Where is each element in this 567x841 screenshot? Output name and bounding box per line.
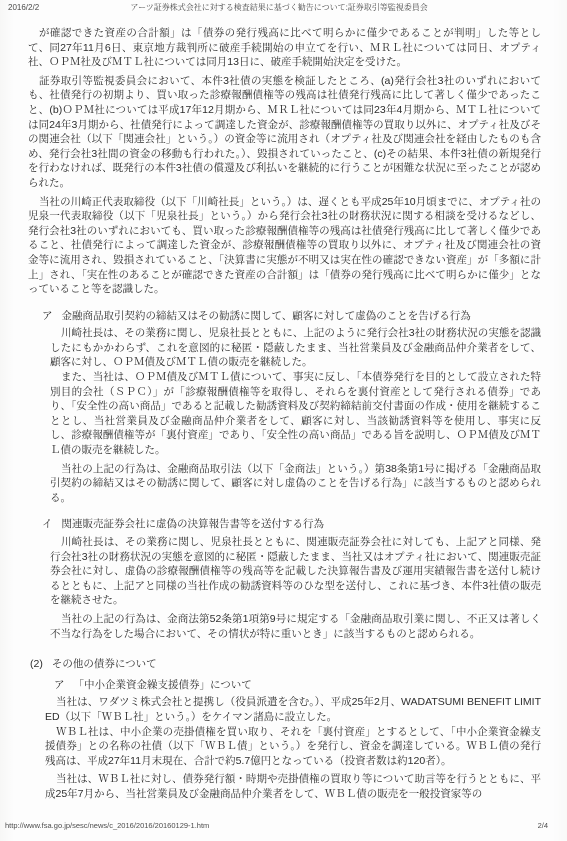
scanned-document-page: 2016/2/2 アーツ証券株式会社に対する検査結果に基づく勧告について:証券取… [0, 0, 567, 841]
section-title: その他の債券について [52, 658, 157, 670]
paragraph-a2: また、当社は、ＯＰＭ債及びＭＴＬ債について、事実に反し、「本債券発行を目的として… [50, 370, 541, 458]
paragraph-i1: 川崎社長は、その業務に関し、児泉社長とともに、関連販売証券会社に対しても、上記ア… [50, 535, 541, 608]
paragraph-a3: 当社の上記の行為は、金融商品取引法（以下「金商法」という。）第38条第1号に掲げ… [50, 462, 541, 506]
paragraph-2a3: 当社は、ＷＢＬ社に対し、債券発行額・時期や売掛債権の買取り等について助言等を行う… [45, 772, 541, 801]
paragraph-2a1: 当社は、ワダツミ株式会社と提携し（役員派遣を含む。）、平成25年2月、WADAT… [45, 695, 541, 724]
section-label: (2) [30, 658, 43, 670]
print-date: 2016/2/2 [8, 3, 39, 13]
paragraph-a1: 川崎社長は、その業務に関し、児泉社長とともに、上記のように発行会社3社の財務状況… [50, 326, 541, 370]
print-header: 2016/2/2 アーツ証券株式会社に対する検査結果に基づく勧告について:証券取… [8, 3, 559, 13]
section-heading-2a: ア「中小企業資金繰支援債券」について [54, 678, 541, 693]
page-title: アーツ証券株式会社に対する検査結果に基づく勧告について:証券取引等監視委員会 [39, 3, 519, 13]
section-title: 関連販売証券会社に虚偽の決算報告書等を送付する行為 [62, 518, 325, 530]
section-label: ア [42, 310, 53, 322]
section-title: 金融商品取引契約の締結又はその勧誘に関して、顧客に対して虚偽のことを告げる行為 [62, 310, 471, 322]
section-heading-i: イ関連販売証券会社に虚偽の決算報告書等を送付する行為 [42, 517, 541, 532]
print-footer: http://www.fsa.go.jp/sesc/news/c_2016/20… [5, 821, 548, 830]
section-label: ア [54, 679, 65, 691]
section-heading-a: ア金融商品取引契約の締結又はその勧誘に関して、顧客に対して虚偽のことを告げる行為 [42, 309, 541, 324]
paragraph-sesc-findings: 証券取引等監視委員会において、本件3社債の実態を検証したところ、(a)発行会社3… [28, 74, 541, 191]
section-label: イ [42, 518, 53, 530]
page-number: 2/4 [538, 821, 548, 830]
section-heading-2: (2)その他の債券について [30, 657, 541, 672]
paragraph-i2: 当社の上記の行為は、金商法第52条第1項第9号に規定する「金融商品取引業に関し、… [50, 612, 541, 641]
paragraph-carryover: が確認できた資産の合計額」は「債券の発行残高に比べて明らかに僅少であることが判明… [28, 26, 541, 70]
section-title: 「中小企業資金繰支援債券」について [74, 679, 252, 691]
source-url: http://www.fsa.go.jp/sesc/news/c_2016/20… [5, 821, 209, 830]
paragraph-2a2: ＷＢＬ社は、中小企業の売掛債権を買い取り、それを「裏付資産」とするとして、「中小… [45, 725, 541, 769]
paragraph-kawasaki-recognition: 当社の川崎正代表取締役（以下「川崎社長」という。）は、遅くとも平成25年10月頃… [28, 195, 541, 297]
document-body: が確認できた資産の合計額」は「債券の発行残高に比べて明らかに僅少であることが判明… [28, 26, 541, 802]
